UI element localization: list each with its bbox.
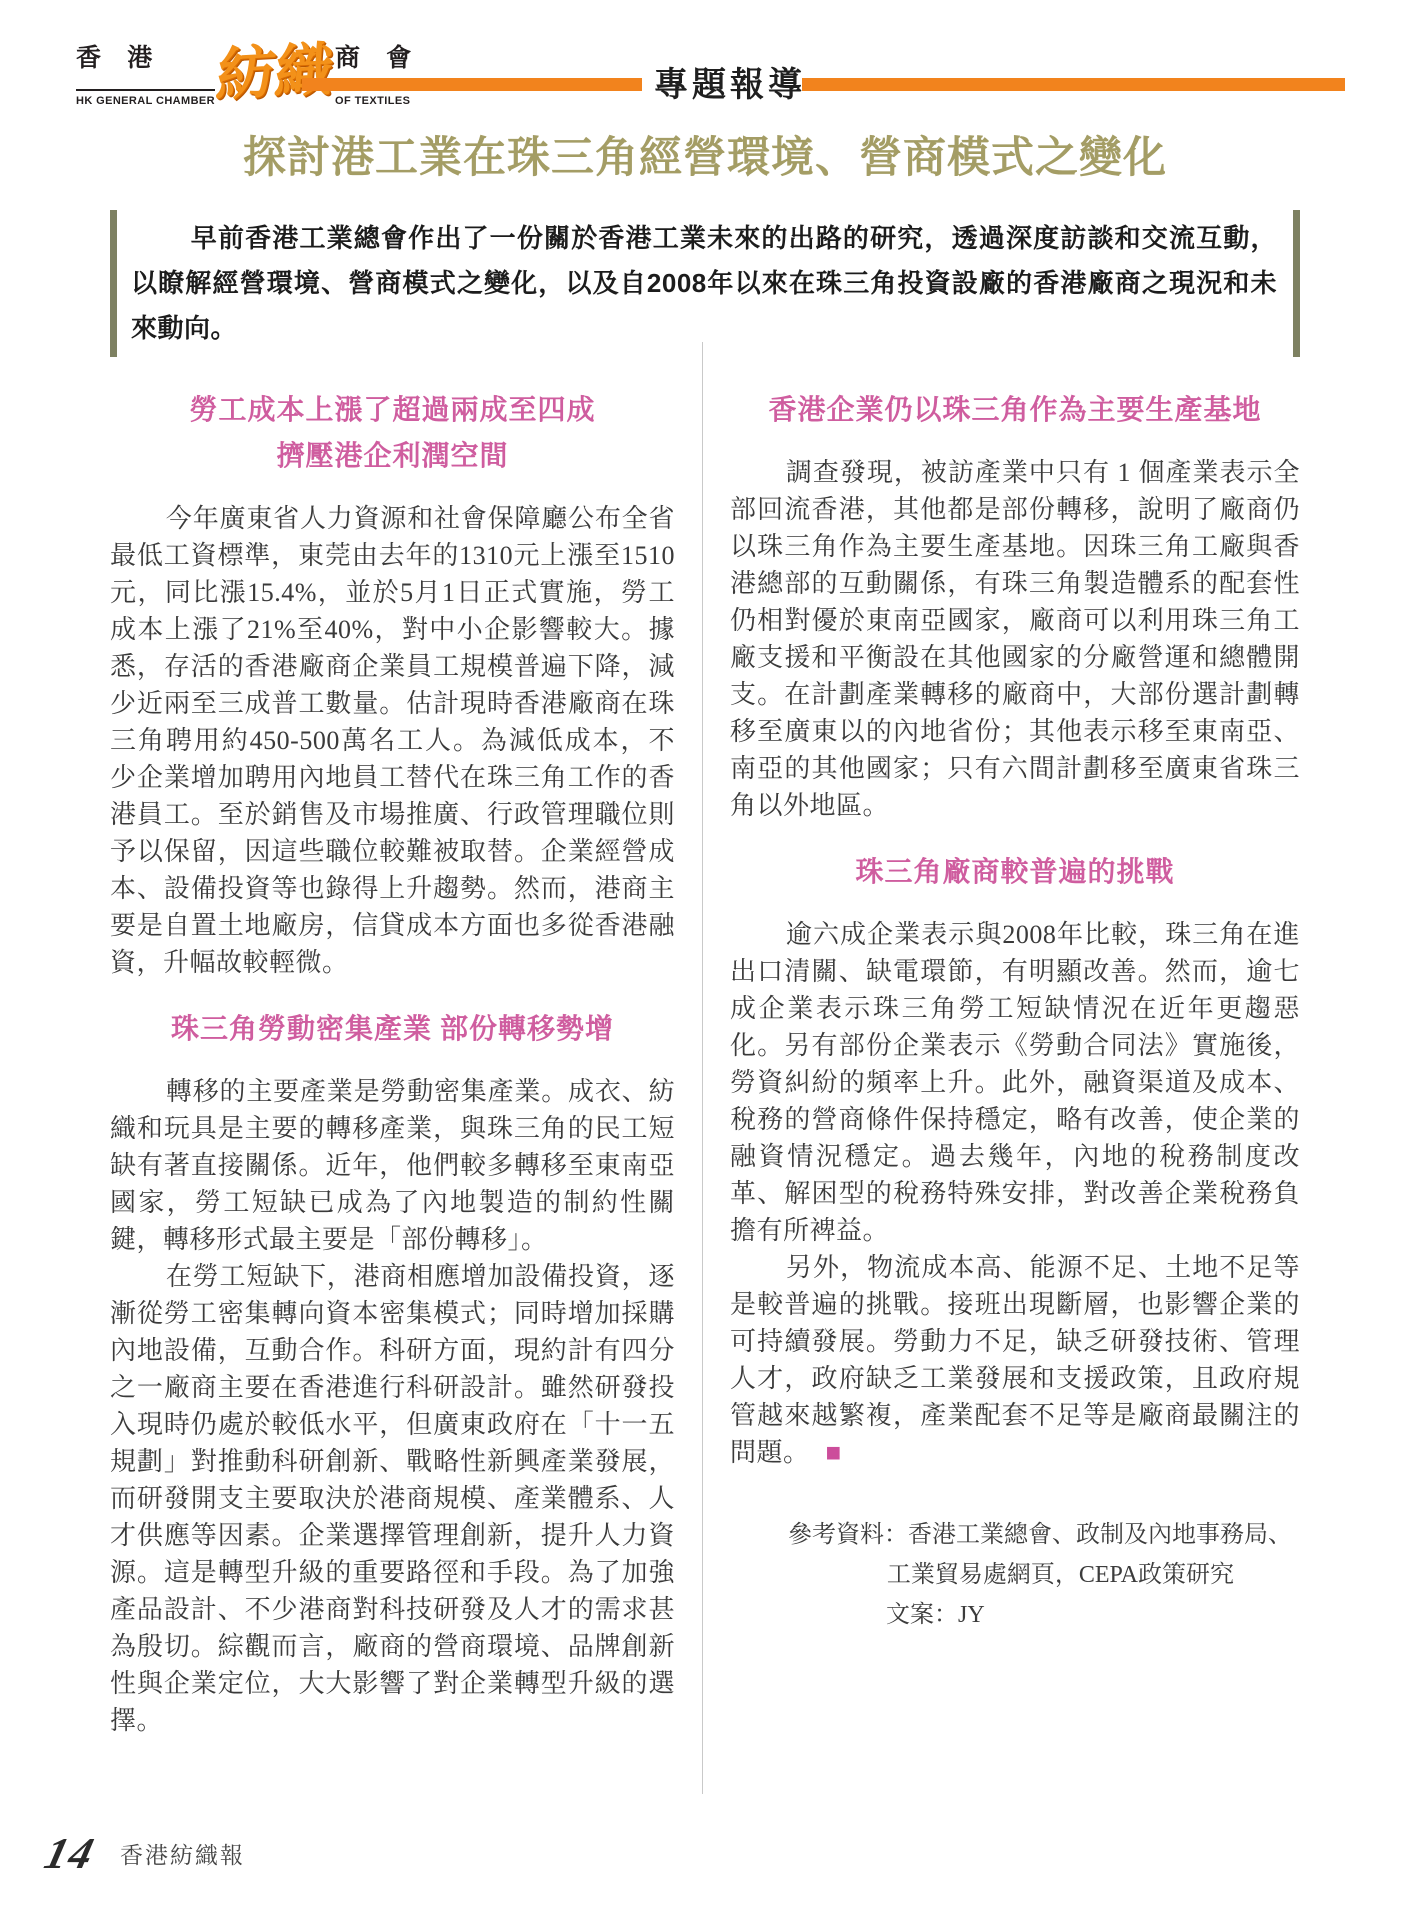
section-label: 專題報導 (654, 57, 806, 106)
page-footer: 14 香港紡織報 (46, 1828, 245, 1879)
left-heading-1-line1: 勞工成本上漲了超過兩成至四成 (110, 388, 675, 434)
logo-cn-right: 商 會 (335, 44, 421, 74)
right-column: 香港企業仍以珠三角作為主要生產基地 調查發現，被訪產業中只有 1 個產業表示全部… (730, 340, 1300, 1635)
right-paragraph-1: 調查發現，被訪產業中只有 1 個產業表示全部回流香港，其他都是部份轉移，說明了廠… (730, 454, 1300, 824)
logo-en-left: HK GENERAL CHAMBER (76, 89, 215, 108)
intro-block: 早前香港工業總會作出了一份關於香港工業未來的出路的研究，透過深度訪談和交流互動，… (110, 210, 1300, 357)
left-paragraph-1: 今年廣東省人力資源和社會保障廳公布全省最低工資標準，東莞由去年的1310元上漲至… (110, 500, 675, 981)
left-heading-1: 勞工成本上漲了超過兩成至四成 擠壓港企利潤空間 (110, 388, 675, 480)
right-heading-2: 珠三角廠商較普遍的挑戰 (730, 850, 1300, 896)
author-line: 文案：JY (730, 1595, 1300, 1635)
references-block: 參考資料：香港工業總會、政制及內地事務局、 工業貿易處網頁，CEPA政策研究 文… (730, 1515, 1300, 1635)
left-heading-2: 珠三角勞動密集產業 部份轉移勢增 (110, 1007, 675, 1053)
left-heading-1-line2: 擠壓港企利潤空間 (110, 434, 675, 480)
article-end-mark: ■ (826, 1438, 842, 1467)
logo-cn-left: 香 港 (76, 44, 215, 74)
right-paragraph-3: 另外，物流成本高、能源不足、土地不足等是較普遍的挑戰。接班出現斷層，也影響企業的… (730, 1249, 1300, 1471)
right-paragraph-2: 逾六成企業表示與2008年比較，珠三角在進出口清關、缺電環節，有明顯改善。然而，… (730, 916, 1300, 1249)
header-rule-left (302, 78, 642, 91)
article-title: 探討港工業在珠三角經營環境、營商模式之變化 (110, 124, 1300, 185)
reference-line-2: 工業貿易處網頁，CEPA政策研究 (730, 1555, 1300, 1595)
reference-line-1: 參考資料：香港工業總會、政制及內地事務局、 (730, 1515, 1300, 1555)
page-header: 香 港 HK GENERAL CHAMBER 紡織 商 會 OF TEXTILE… (0, 0, 1411, 130)
intro-paragraph: 早前香港工業總會作出了一份關於香港工業未來的出路的研究，透過深度訪談和交流互動，… (131, 216, 1277, 351)
publication-name: 香港紡織報 (120, 1837, 245, 1870)
left-column: 勞工成本上漲了超過兩成至四成 擠壓港企利潤空間 今年廣東省人力資源和社會保障廳公… (110, 340, 675, 1739)
column-divider (702, 342, 703, 1794)
logo-right-stack: 商 會 OF TEXTILES (335, 44, 421, 108)
article-columns: 勞工成本上漲了超過兩成至四成 擠壓港企利潤空間 今年廣東省人力資源和社會保障廳公… (110, 340, 1300, 1800)
page-number: 14 (40, 1828, 101, 1879)
right-paragraph-3-text: 另外，物流成本高、能源不足、土地不足等是較普遍的挑戰。接班出現斷層，也影響企業的… (730, 1253, 1300, 1467)
logo-left-stack: 香 港 HK GENERAL CHAMBER (76, 44, 215, 108)
left-paragraph-3: 在勞工短缺下，港商相應增加設備投資，逐漸從勞工密集轉向資本密集模式；同時增加採購… (110, 1258, 675, 1739)
header-rule-right (802, 78, 1345, 91)
left-paragraph-2: 轉移的主要產業是勞動密集產業。成衣、紡織和玩具是主要的轉移產業，與珠三角的民工短… (110, 1073, 675, 1258)
logo-en-right: OF TEXTILES (335, 89, 421, 108)
logo-brush-characters: 紡織 (214, 41, 336, 105)
right-heading-1: 香港企業仍以珠三角作為主要生產基地 (730, 388, 1300, 434)
chamber-logo: 香 港 HK GENERAL CHAMBER 紡織 商 會 OF TEXTILE… (76, 44, 421, 108)
